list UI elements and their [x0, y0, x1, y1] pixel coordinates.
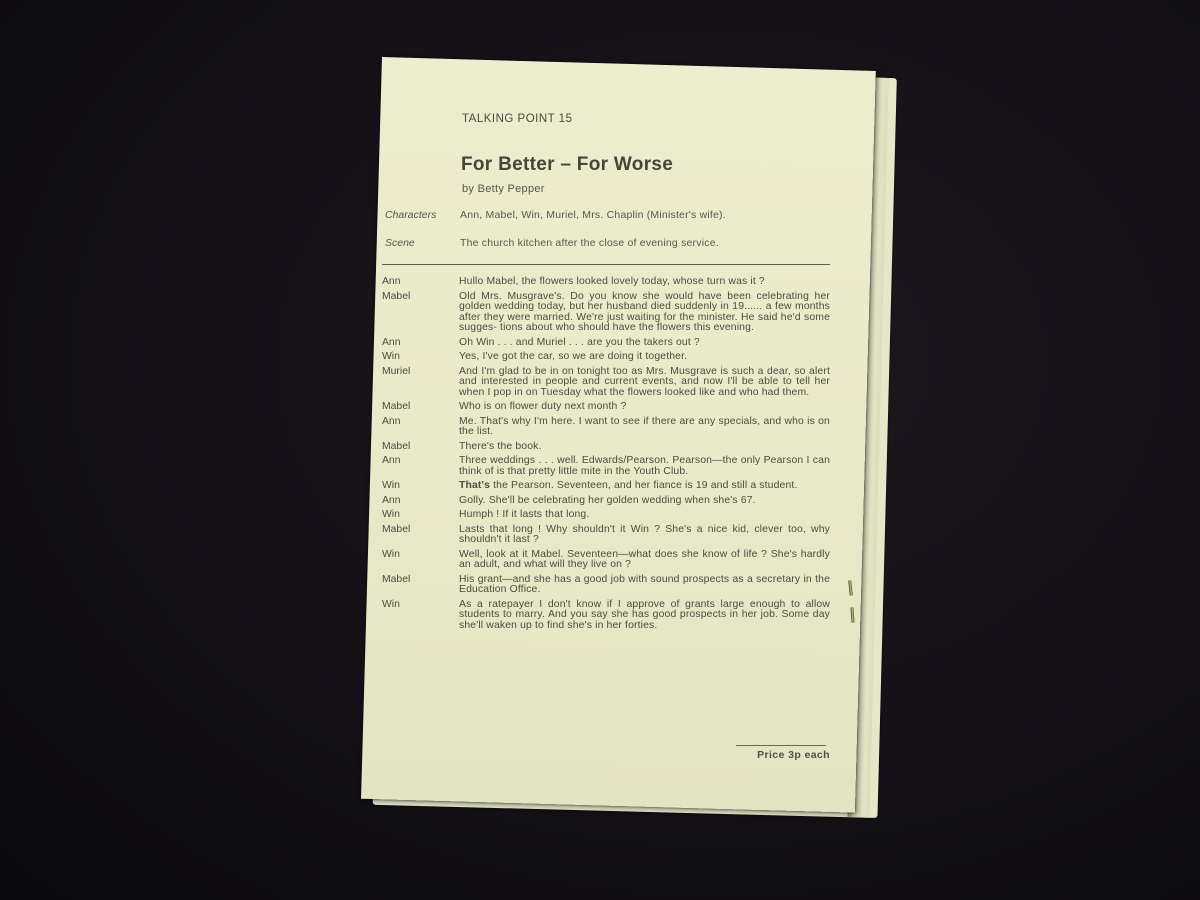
series-label: TALKING POINT 15 [462, 113, 572, 125]
speech-emphasis: That's [459, 480, 490, 491]
speech-text: Well, look at it Mabel. Seventeen—what d… [459, 550, 830, 571]
speech-text: Who is on flower duty next month ? [459, 402, 830, 413]
dialogue-list: AnnHullo Mabel, the flowers looked lovel… [382, 277, 830, 635]
speech-text: Oh Win . . . and Muriel . . . are you th… [459, 338, 830, 349]
scene-description: The church kitchen after the close of ev… [460, 237, 719, 249]
speaker-name: Ann [382, 496, 452, 507]
price-divider [736, 745, 826, 746]
page-title: For Better – For Worse [461, 154, 673, 176]
price-label: Price 3p each [757, 749, 830, 761]
speech-text: Me. That's why I'm here. I want to see i… [459, 417, 830, 438]
speaker-name: Win [382, 550, 452, 561]
dialogue-line: WinWell, look at it Mabel. Seventeen—wha… [382, 550, 830, 571]
characters-label: Characters [385, 209, 455, 221]
speech-text: Old Mrs. Musgrave's. Do you know she wou… [459, 292, 830, 334]
speaker-name: Mabel [382, 575, 452, 586]
dialogue-line: WinYes, I've got the car, so we are doin… [382, 352, 830, 363]
speaker-name: Win [382, 352, 452, 363]
dialogue-line: AnnGolly. She'll be celebrating her gold… [382, 496, 830, 507]
author-byline: by Betty Pepper [462, 183, 545, 195]
speech-text: There's the book. [459, 442, 830, 453]
dialogue-line: MurielAnd I'm glad to be in on tonight t… [382, 367, 830, 399]
speech-text: And I'm glad to be in on tonight too as … [459, 367, 830, 399]
speech-text: Hullo Mabel, the flowers looked lovely t… [459, 277, 830, 288]
speech-text: As a ratepayer I don't know if I approve… [459, 600, 830, 632]
speaker-name: Ann [382, 417, 452, 428]
dialogue-line: WinAs a ratepayer I don't know if I appr… [382, 600, 830, 632]
dialogue-line: WinHumph ! If it lasts that long. [382, 510, 830, 521]
dialogue-line: MabelHis grant—and she has a good job wi… [382, 575, 830, 596]
speech-rest: the Pearson. Seventeen, and her fiance i… [490, 480, 797, 491]
speech-text: Yes, I've got the car, so we are doing i… [459, 352, 830, 363]
speech-text: His grant—and she has a good job with so… [459, 575, 830, 596]
speaker-name: Mabel [382, 442, 452, 453]
speaker-name: Mabel [382, 402, 452, 413]
speaker-name: Win [382, 510, 452, 521]
dialogue-line: AnnHullo Mabel, the flowers looked lovel… [382, 277, 830, 288]
dialogue-line: MabelOld Mrs. Musgrave's. Do you know sh… [382, 292, 830, 334]
dialogue-line: MabelWho is on flower duty next month ? [382, 402, 830, 413]
dialogue-line: MabelLasts that long ! Why shouldn't it … [382, 525, 830, 546]
booklet-page: TALKING POINT 15 For Better – For Worse … [361, 57, 876, 813]
speaker-name: Ann [382, 456, 452, 467]
speaker-name: Mabel [382, 525, 452, 536]
dialogue-line: MabelThere's the book. [382, 442, 830, 453]
dialogue-line: AnnOh Win . . . and Muriel . . . are you… [382, 338, 830, 349]
speech-text: That's the Pearson. Seventeen, and her f… [459, 481, 830, 492]
speaker-name: Mabel [382, 292, 452, 303]
speaker-name: Win [382, 481, 452, 492]
speaker-name: Win [382, 600, 452, 611]
speech-text: Humph ! If it lasts that long. [459, 510, 830, 521]
speech-text: Three weddings . . . well. Edwards/Pears… [459, 456, 830, 477]
speech-text: Lasts that long ! Why shouldn't it Win ?… [459, 525, 830, 546]
speech-text: Golly. She'll be celebrating her golden … [459, 496, 830, 507]
dialogue-line: AnnMe. That's why I'm here. I want to se… [382, 417, 830, 438]
speaker-name: Muriel [382, 367, 452, 378]
speaker-name: Ann [382, 277, 452, 288]
dialogue-line: AnnThree weddings . . . well. Edwards/Pe… [382, 456, 830, 477]
dialogue-line: WinThat's the Pearson. Seventeen, and he… [382, 481, 830, 492]
header-divider [382, 264, 830, 265]
speaker-name: Ann [382, 338, 452, 349]
characters-list: Ann, Mabel, Win, Muriel, Mrs. Chaplin (M… [460, 209, 726, 221]
scene-label: Scene [385, 237, 455, 249]
